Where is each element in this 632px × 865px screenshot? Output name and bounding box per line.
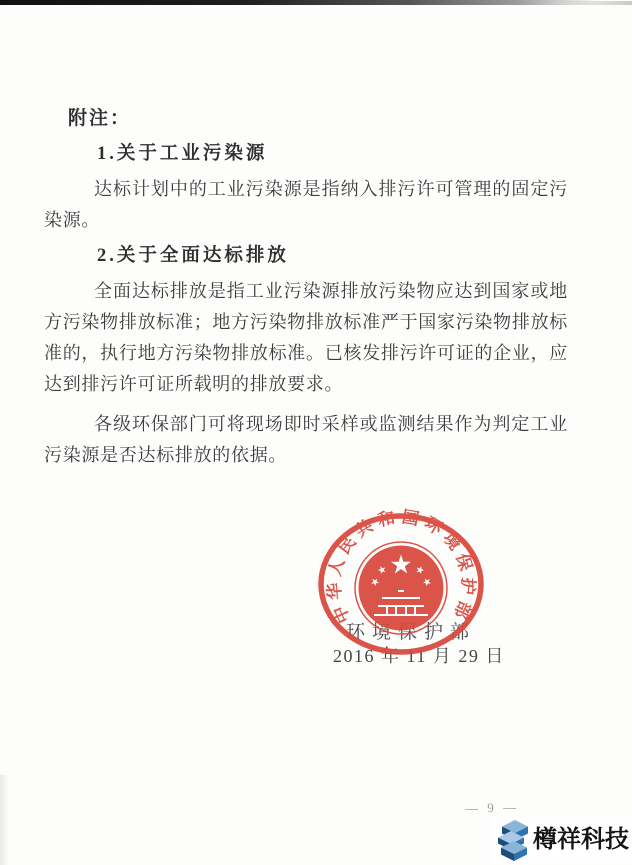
watermark-text: 樽祥科技 [533, 828, 629, 852]
section-1-paragraph: 达标计划中的工业污染源是指纳入排污许可管理的固定污染源。 [44, 174, 568, 236]
section-2-heading: 2.关于全面达标排放 [97, 241, 568, 272]
stacked-layers-logo-icon [493, 818, 533, 862]
official-seal-graphic: 中华人民共和国环境保护部 [308, 507, 494, 665]
official-seal: 中华人民共和国环境保护部 [308, 507, 494, 665]
document-body: 附注： 1.关于工业污染源 达标计划中的工业污染源是指纳入排污许可管理的固定污染… [44, 103, 568, 471]
scanned-document-page: 附注： 1.关于工业污染源 达标计划中的工业污染源是指纳入排污许可管理的固定污染… [0, 0, 632, 865]
vendor-watermark: 樽祥科技 [491, 817, 631, 863]
note-label: 附注： [68, 103, 568, 134]
scan-artifact-smudge [0, 775, 9, 865]
section-2-paragraph-1: 全面达标排放是指工业污染源排放污染物应达到国家或地方污染物排放标准；地方污染物排… [44, 276, 568, 400]
scan-artifact-corner [554, 1, 632, 5]
section-1-heading: 1.关于工业污染源 [97, 139, 568, 170]
national-emblem-icon [355, 542, 447, 634]
section-2-paragraph-2: 各级环保部门可将现场即时采样或监测结果作为判定工业污染源是否达标排放的依据。 [44, 409, 568, 471]
page-number: — 9 — [436, 799, 548, 818]
scan-artifact-top-line [0, 0, 600, 5]
